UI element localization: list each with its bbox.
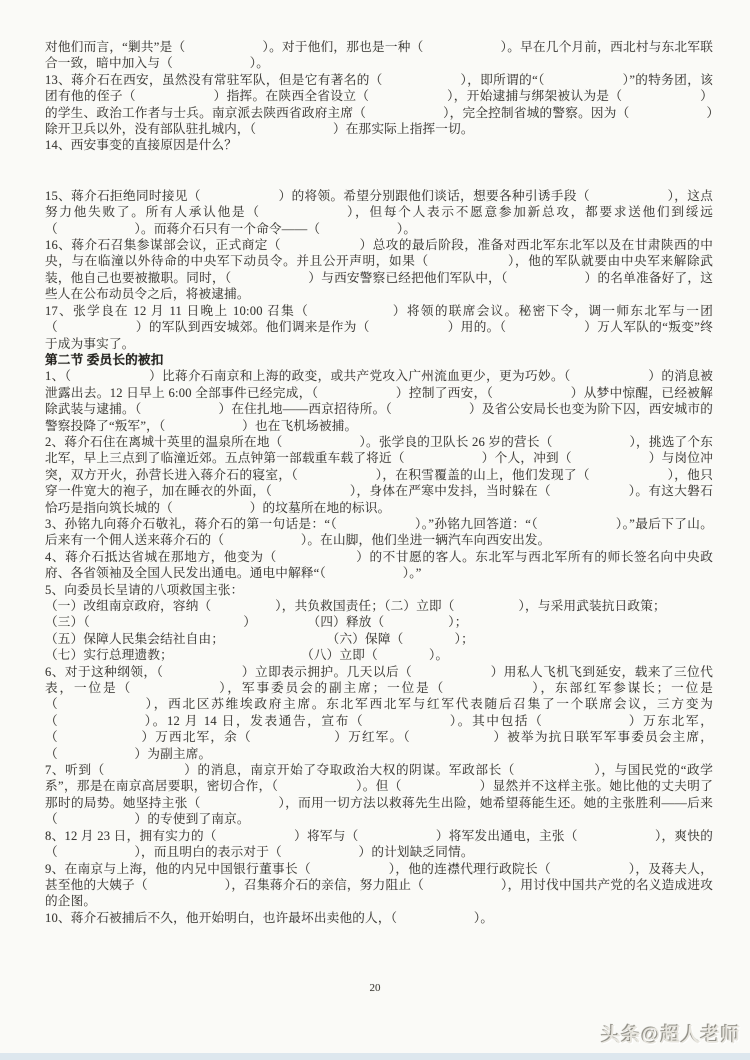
document-body: 对他们而言，“剿共”是（ ）。对于他们，那也是一种（ ）。早在几个月前，西北村与… [45, 39, 713, 926]
bottom-strip [0, 1053, 750, 1060]
paragraph: 5、向委员长呈请的八项救国主张： [45, 582, 713, 598]
paragraph: 2、蒋介石住在离城十英里的温泉所在地（ ）。张学良的卫队长 26 岁的营长（ ）… [45, 434, 713, 516]
paragraph: 14、西安事变的直接原因是什么？ [45, 137, 713, 153]
paragraph: 13、蒋介石在西安，虽然没有常驻军队，但是它有著名的（ ），即所谓的“（ ）”的… [45, 72, 713, 138]
answer-space [45, 154, 713, 188]
document-page: 对他们而言，“剿共”是（ ）。对于他们，那也是一种（ ）。早在几个月前，西北村与… [0, 0, 750, 1060]
paragraph: 1、（ ）比蒋介石南京和上海的政变，或共产党攻入广州流血更少，更为巧妙。（ ）的… [45, 368, 713, 434]
paragraph: 10、蒋介石被捕后不久，他开始明白，也许最坏出卖他的人，（ ）。 [45, 910, 713, 926]
paragraph: 15、蒋介石拒绝同时接见（ ）的将领。希望分别跟他们谈话，想要各种引诱手段（ ）… [45, 188, 713, 237]
list-item: （五）保障人民集会结社自由； （六）保障（ ）； [45, 631, 713, 647]
paragraph: 4、蒋介石抵达省城在那地方，他变为（ ）的不甘愿的客人。东北军与西北军所有的师长… [45, 549, 713, 582]
paragraph: 7、听到（ ）的消息，南京开始了夺取政治大权的阴谋。军政部长（ ），与国民党的“… [45, 762, 713, 828]
paragraph: 6、对于这种纲领，（ ）立即表示拥护。几天以后（ ）用私人飞机飞到延安，载来了三… [45, 664, 713, 762]
list-item: （一）改组南京政府，容纳（ ），共负救国责任；（二）立即（ ），与采用武装抗日政… [45, 598, 713, 614]
paragraph: 17、张学良在 12 月 11 日晚上 10:00 召集（ ）将领的联席会议。秘… [45, 303, 713, 352]
paragraph: 9、在南京与上海，他的内兄中国银行董事长（ ），他的连襟代理行政院长（ ），及蒋… [45, 861, 713, 910]
watermark: 头条@超人老师 [601, 1020, 741, 1047]
paragraph: 8、12 月 23 日，拥有实力的（ ）将军与（ ）将军发出通电，主张（ ），爽… [45, 828, 713, 861]
paragraph: 3、孙铭九向蒋介石敬礼，蒋介石的第一句话是：“（ ）。”孙铭九回答道：“（ ）。… [45, 516, 713, 549]
section-heading: 第二节 委员长的被扣 [45, 352, 713, 368]
paragraph: 16、蒋介石召集参谋部会议，正式商定（ ）总攻的最后阶段，准备对西北军东北军以及… [45, 237, 713, 303]
list-item: （三）（ ） （四）释放（ ）； [45, 614, 713, 630]
paragraph: 对他们而言，“剿共”是（ ）。对于他们，那也是一种（ ）。早在几个月前，西北村与… [45, 39, 713, 72]
list-item: （七）实行总理遗教； （八）立即（ ）。 [45, 647, 713, 663]
page-number: 20 [0, 982, 750, 994]
